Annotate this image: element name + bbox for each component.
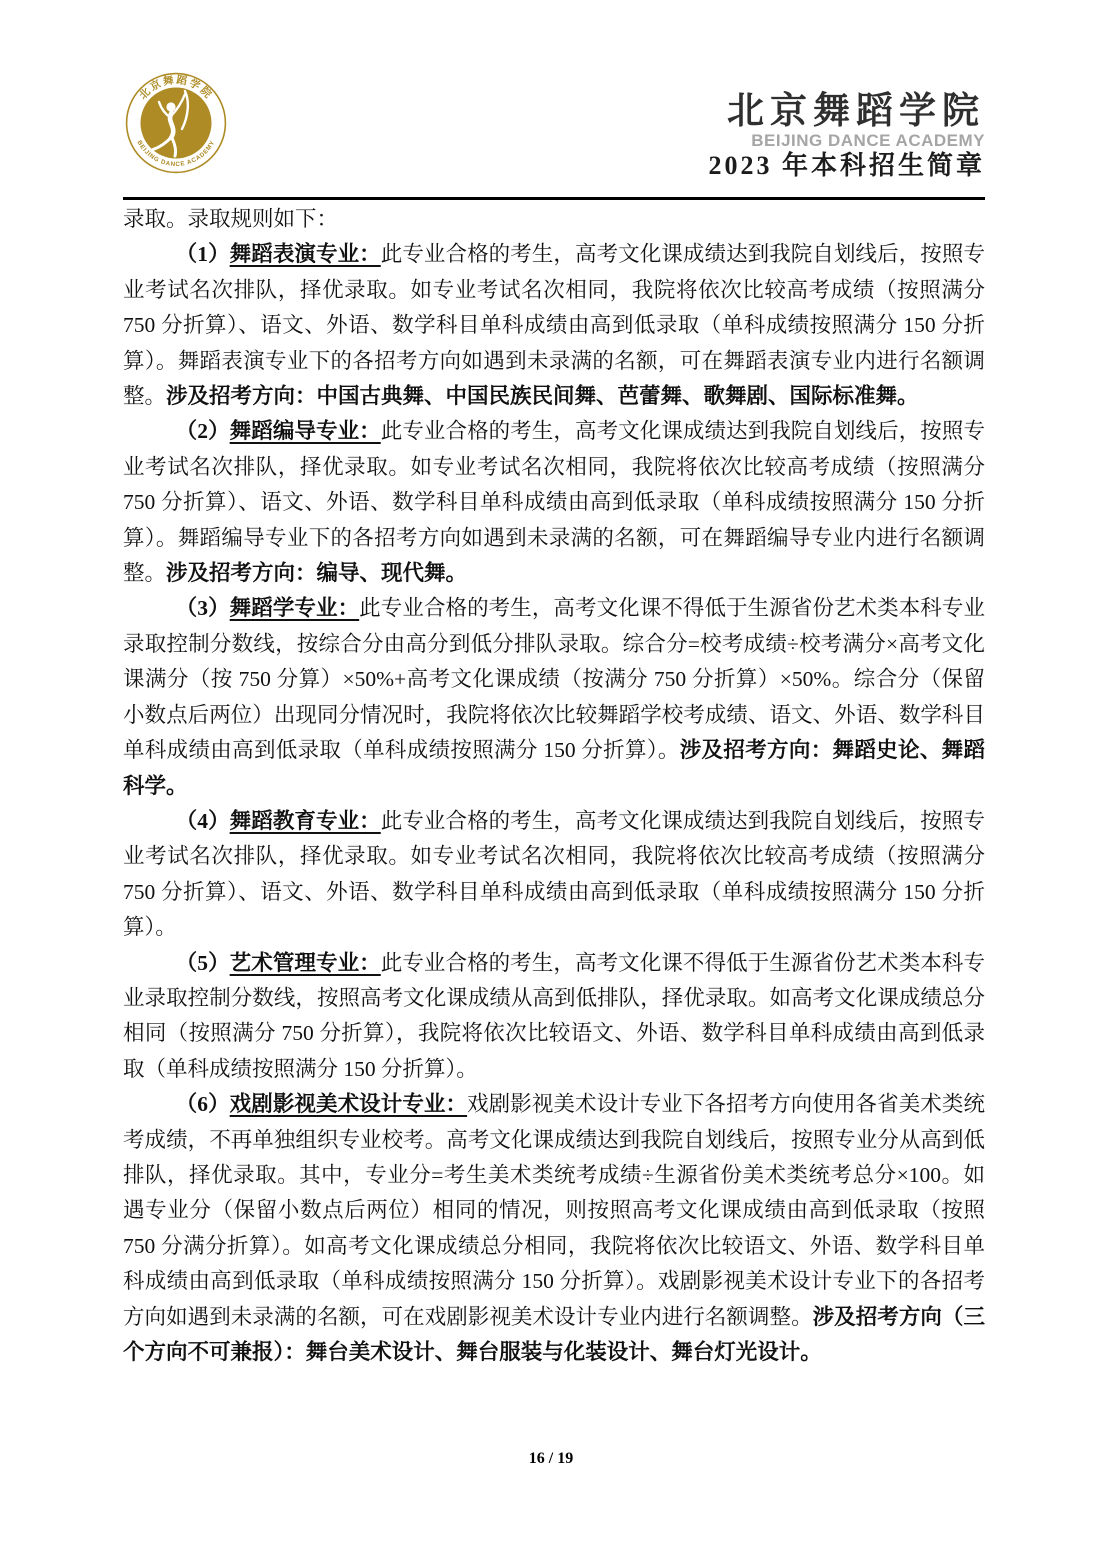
text-run: 舞蹈教育专业： xyxy=(230,809,381,833)
paragraph-4: （4）舞蹈教育专业：此专业合格的考生，高考文化课成绩达到我院自划线后，按照专业考… xyxy=(123,804,985,946)
text-run: （2） xyxy=(176,419,230,443)
text-run: （5） xyxy=(176,951,230,975)
text-run: （1） xyxy=(176,242,230,266)
text-run: 戏剧影视美术设计专业： xyxy=(230,1092,467,1116)
header-title-en: BEIJING DANCE ACADEMY xyxy=(708,132,985,149)
header-divider xyxy=(123,197,985,200)
document-body: 录取。录取规则如下：（1）舞蹈表演专业：此专业合格的考生，高考文化课成绩达到我院… xyxy=(123,202,985,1370)
text-run: 舞蹈学专业： xyxy=(230,596,360,620)
text-run: 艺术管理专业： xyxy=(230,951,381,975)
paragraph-5: （5）艺术管理专业：此专业合格的考生，高考文化课不得低于生源省份艺术类本科专业录… xyxy=(123,946,985,1088)
paragraph-2: （2）舞蹈编导专业：此专业合格的考生，高考文化课成绩达到我院自划线后，按照专业考… xyxy=(123,414,985,591)
document-header: 北京舞蹈学院 BEIJING DANCE ACADEMY 2023 年本科招生简… xyxy=(708,93,985,179)
paragraph-1: （1）舞蹈表演专业：此专业合格的考生，高考文化课成绩达到我院自划线后，按照专业考… xyxy=(123,237,985,414)
text-run: （3） xyxy=(176,596,230,620)
document-page: 北京舞蹈学院 BEIJING DANCE ACADEMY 北京舞蹈学院 BEIJ… xyxy=(0,0,1102,1559)
header-title-cn: 北京舞蹈学院 xyxy=(708,93,985,130)
text-run: 戏剧影视美术设计专业下各招考方向使用各省美术类统考成绩，不再单独组织专业校考。高… xyxy=(123,1092,985,1328)
header-subtitle: 2023 年本科招生简章 xyxy=(708,153,985,179)
text-run: （6） xyxy=(176,1092,230,1116)
text-run: （4） xyxy=(176,809,230,833)
academy-seal-logo: 北京舞蹈学院 BEIJING DANCE ACADEMY xyxy=(125,72,227,174)
text-run: 舞蹈编导专业： xyxy=(230,419,381,443)
text-run: 涉及招考方向：中国古典舞、中国民族民间舞、芭蕾舞、歌舞剧、国际标准舞。 xyxy=(166,384,919,408)
text-run: 录取。录取规则如下： xyxy=(123,207,338,231)
text-run: 涉及招考方向：编导、现代舞。 xyxy=(166,561,467,585)
paragraph-0: 录取。录取规则如下： xyxy=(123,202,985,237)
paragraph-3: （3）舞蹈学专业：此专业合格的考生，高考文化课不得低于生源省份艺术类本科专业录取… xyxy=(123,591,985,803)
academy-seal-icon: 北京舞蹈学院 BEIJING DANCE ACADEMY xyxy=(125,72,227,174)
page-number: 16 / 19 xyxy=(0,1450,1102,1468)
paragraph-6: （6）戏剧影视美术设计专业：戏剧影视美术设计专业下各招考方向使用各省美术类统考成… xyxy=(123,1087,985,1370)
text-run: 舞蹈表演专业： xyxy=(230,242,381,266)
